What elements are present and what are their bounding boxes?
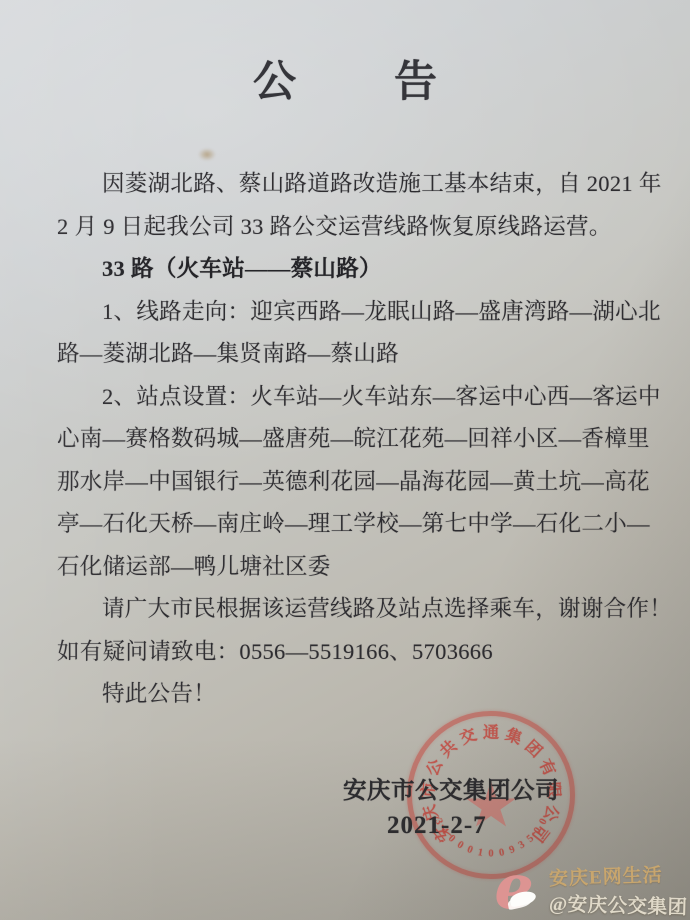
body-line-8: 那水岸—中国银行—英德利花园—晶海花园—黄土坑—高花 bbox=[57, 461, 645, 504]
body-line-11: 请广大市民根据该运营线路及站点选择乘车，谢谢合作！ bbox=[57, 588, 645, 631]
body-line-10: 石化储运部—鸭儿塘社区委 bbox=[57, 546, 645, 589]
notice-photo: 公 告 因菱湖北路、蔡山路道路改造施工基本结束，自 2021 年2 月 9 日起… bbox=[0, 0, 690, 920]
notice-title: 公 告 bbox=[0, 48, 690, 109]
enet-logo-letter: e bbox=[494, 856, 533, 918]
watermark-texts: 安庆E网生活 @安庆公交集团 bbox=[549, 862, 688, 918]
body-line-2: 2 月 9 日起我公司 33 路公交运营线路恢复原线路运营。 bbox=[57, 206, 645, 249]
enet-logo-icon: e bbox=[494, 870, 546, 918]
body-line-12: 如有疑问请致电：0556—5519166、5703666 bbox=[57, 631, 645, 674]
paper-stain bbox=[198, 148, 216, 161]
body-line-9: 亭—石化天桥—南庄岭—理工学校—第七中学—石化二小— bbox=[57, 503, 645, 546]
watermark-brand: 安庆E网生活 bbox=[549, 860, 664, 891]
body-line-13: 特此公告！ bbox=[57, 673, 645, 716]
body-line-5: 路—菱湖北路—集贤南路—蔡山路 bbox=[57, 333, 645, 376]
issuer-signature: 安庆市公交集团公司 bbox=[343, 771, 559, 805]
title-char-left: 公 bbox=[253, 48, 296, 109]
body-line-4: 1、线路走向：迎宾西路—龙眠山路—盛唐湾路—湖心北 bbox=[57, 291, 645, 334]
body-line-1: 因菱湖北路、蔡山路道路改造施工基本结束，自 2021 年 bbox=[57, 163, 645, 206]
watermark-handle: @安庆公交集团 bbox=[549, 888, 688, 920]
watermark: e 安庆E网生活 @安庆公交集团 bbox=[494, 862, 688, 918]
issue-date: 2021-2-7 bbox=[387, 812, 487, 840]
body-line-3: 33 路（火车站——蔡山路） bbox=[57, 248, 645, 291]
notice-body: 因菱湖北路、蔡山路道路改造施工基本结束，自 2021 年2 月 9 日起我公司 … bbox=[57, 163, 645, 716]
body-line-6: 2、站点设置：火车站—火车站东—客运中心西—客运中 bbox=[57, 376, 645, 419]
body-line-7: 心南—赛格数码城—盛唐苑—皖江花苑—回祥小区—香樟里 bbox=[57, 418, 645, 461]
title-char-right: 告 bbox=[394, 48, 437, 109]
